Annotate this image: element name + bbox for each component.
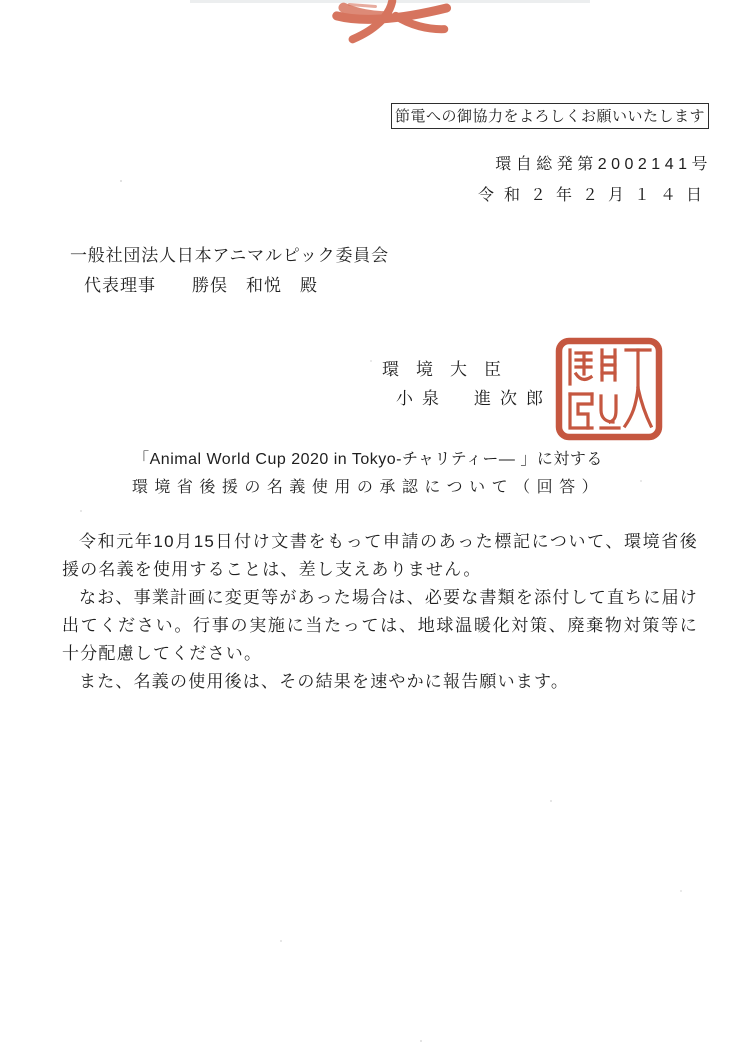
power-saving-notice: 節電への御協力をよろしくお願いいたします [391, 103, 709, 129]
body-paragraph-2: なお、事業計画に変更等があった場合は、必要な書類を添付して直ちに届け出てください… [62, 584, 698, 668]
body-paragraph-3: また、名義の使用後は、その結果を速やかに報告願います。 [62, 668, 698, 696]
scanned-letter-page: 節電への御協力をよろしくお願いいたします 環自総発第2002141号 令和２年２… [0, 0, 736, 1045]
document-date: 令和２年２月１４日 [478, 182, 712, 205]
sender-title: 環境大臣 [382, 355, 518, 380]
partial-red-stamp-icon [330, 0, 452, 44]
body-paragraph-1: 令和元年10月15日付け文書をもって申請のあった標記について、環境省後援の名義を… [62, 528, 698, 584]
document-number: 環自総発第2002141号 [495, 151, 712, 174]
subject-line-2: 環境省後援の名義使用の承認について（回答） [0, 474, 736, 497]
scan-noise-speckles [120, 180, 122, 182]
minister-seal-icon [554, 336, 664, 442]
addressee-representative: 代表理事 勝俣 和悦 殿 [84, 271, 318, 296]
addressee-organization: 一般社団法人日本アニマルピック委員会 [70, 241, 389, 266]
subject-line-1: 「Animal World Cup 2020 in Tokyo-チャリティー— … [0, 446, 736, 469]
sender-name: 小泉 進次郎 [396, 384, 552, 409]
letter-body: 令和元年10月15日付け文書をもって申請のあった標記について、環境省後援の名義を… [62, 528, 698, 696]
